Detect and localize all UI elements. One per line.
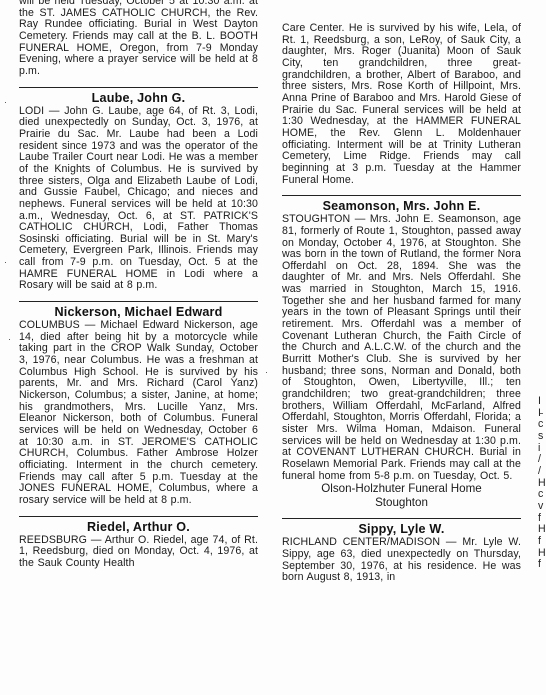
- obituary-text: LODI — John G. Laube, age 64, of Rt. 3, …: [19, 106, 258, 293]
- separator-rule: [282, 195, 521, 196]
- funeral-home-location: Stoughton: [282, 497, 521, 510]
- obituary-seamonson: Seamonson, Mrs. John E. STOUGHTON — Mrs.…: [282, 200, 521, 509]
- obituary-nickerson: Nickerson, Michael Edward COLUMBUS — Mic…: [19, 306, 258, 507]
- separator-rule: [282, 518, 521, 519]
- obituary-name: Laube, John G.: [19, 92, 258, 105]
- obituary-laube: Laube, John G. LODI — John G. Laube, age…: [19, 92, 258, 293]
- obituary-name: Seamonson, Mrs. John E.: [282, 200, 521, 213]
- edge-glyph: v: [538, 501, 546, 513]
- print-speck: ·: [265, 367, 268, 377]
- continued-obituary-text: Care Center. He is survived by his wife,…: [282, 23, 521, 186]
- obituary-sippy: Sippy, Lyle W. RICHLAND CENTER/MADISON —…: [282, 523, 521, 584]
- column-right: Care Center. He is survived by his wife,…: [282, 23, 521, 584]
- print-speck: ·: [8, 334, 11, 344]
- continued-obituary-text: will be held Tuesday, October 5 at 10:30…: [19, 0, 258, 78]
- column-left: will be held Tuesday, October 5 at 10:30…: [19, 0, 258, 570]
- print-speck: ·: [4, 97, 7, 107]
- column-edge-partial: I I c s i / / H c v f H f H f: [538, 396, 546, 571]
- print-speck: ·: [4, 257, 7, 267]
- obituary-riedel: Riedel, Arthur O. REEDSBURG — Arthur O. …: [19, 521, 258, 570]
- separator-rule: [19, 516, 258, 517]
- obituary-text: STOUGHTON — Mrs. John E. Seamonson, age …: [282, 214, 521, 482]
- edge-glyph: s: [538, 431, 546, 443]
- separator-rule: [19, 87, 258, 88]
- obituary-name: Riedel, Arthur O.: [19, 521, 258, 534]
- edge-glyph: f: [538, 559, 546, 571]
- obituary-text: RICHLAND CENTER/MADISON — Mr. Lyle W. Si…: [282, 537, 521, 584]
- separator-rule: [19, 301, 258, 302]
- obituary-name: Nickerson, Michael Edward: [19, 306, 258, 319]
- funeral-home-credit: Olson-Holzhuter Funeral Home: [282, 483, 521, 496]
- edge-glyph: I: [538, 396, 546, 408]
- obituary-text: REEDSBURG — Arthur O. Riedel, age 74, of…: [19, 535, 258, 570]
- edge-glyph: f: [538, 536, 546, 548]
- obituary-name: Sippy, Lyle W.: [282, 523, 521, 536]
- edge-glyph: /: [538, 466, 546, 478]
- obituary-text: COLUMBUS — Michael Edward Nickerson, age…: [19, 320, 258, 507]
- newspaper-clipping: will be held Tuesday, October 5 at 10:30…: [0, 0, 546, 695]
